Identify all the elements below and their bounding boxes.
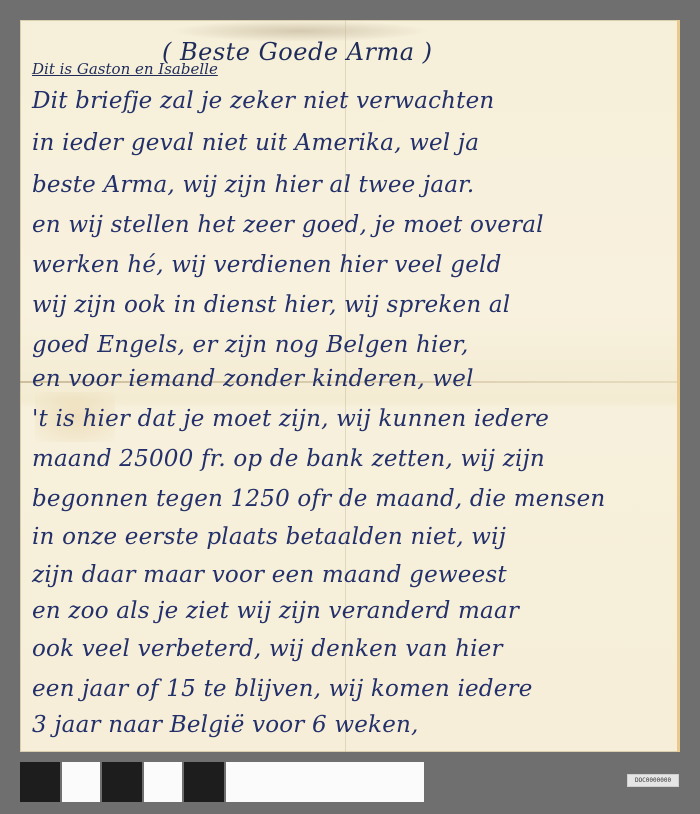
color-scale-bar — [20, 762, 424, 802]
letter-line: 3 jaar naar België voor 6 weken, — [32, 712, 419, 738]
letter-line: maand 25000 fr. op de bank zetten, wij z… — [32, 446, 545, 472]
scale-block-black — [20, 762, 60, 802]
letter-line: ook veel verbeterd, wij denken van hier — [32, 636, 503, 662]
paper-edge — [677, 20, 680, 752]
letter-line: goed Engels, er zijn nog Belgen hier, — [32, 332, 469, 358]
scale-block-black — [184, 762, 224, 802]
letter-line: wij zijn ook in dienst hier, wij spreken… — [32, 292, 510, 318]
intro-line: Dit is Gaston en Isabelle — [32, 60, 218, 78]
scale-block-black — [102, 762, 142, 802]
scale-block-white — [62, 762, 100, 802]
letter-line: werken hé, wij verdienen hier veel geld — [32, 252, 502, 278]
letter-line: zijn daar maar voor een maand geweest — [32, 562, 507, 588]
letter-line: beste Arma, wij zijn hier al twee jaar. — [32, 172, 474, 198]
letter-line: in onze eerste plaats betaalden niet, wi… — [32, 524, 506, 550]
scale-block-white-wide — [226, 762, 424, 802]
scale-block-white — [144, 762, 182, 802]
document-id-label: DOC0000000 — [627, 774, 679, 787]
letter-line: 't is hier dat je moet zijn, wij kunnen … — [32, 406, 549, 432]
letter-line: Dit briefje zal je zeker niet verwachten — [32, 88, 494, 114]
letter-line: en zoo als je ziet wij zijn veranderd ma… — [32, 598, 519, 624]
letter-line: en wij stellen het zeer goed, je moet ov… — [32, 212, 544, 238]
letter-line: begonnen tegen 1250 ofr de maand, die me… — [32, 486, 605, 512]
letter-line: en voor iemand zonder kinderen, wel — [32, 366, 474, 392]
letter-page: ( Beste Goede Arma ) Dit is Gaston en Is… — [20, 20, 680, 752]
letter-line: een jaar of 15 te blijven, wij komen ied… — [32, 676, 533, 702]
letter-line: in ieder geval niet uit Amerika, wel ja — [32, 130, 479, 156]
